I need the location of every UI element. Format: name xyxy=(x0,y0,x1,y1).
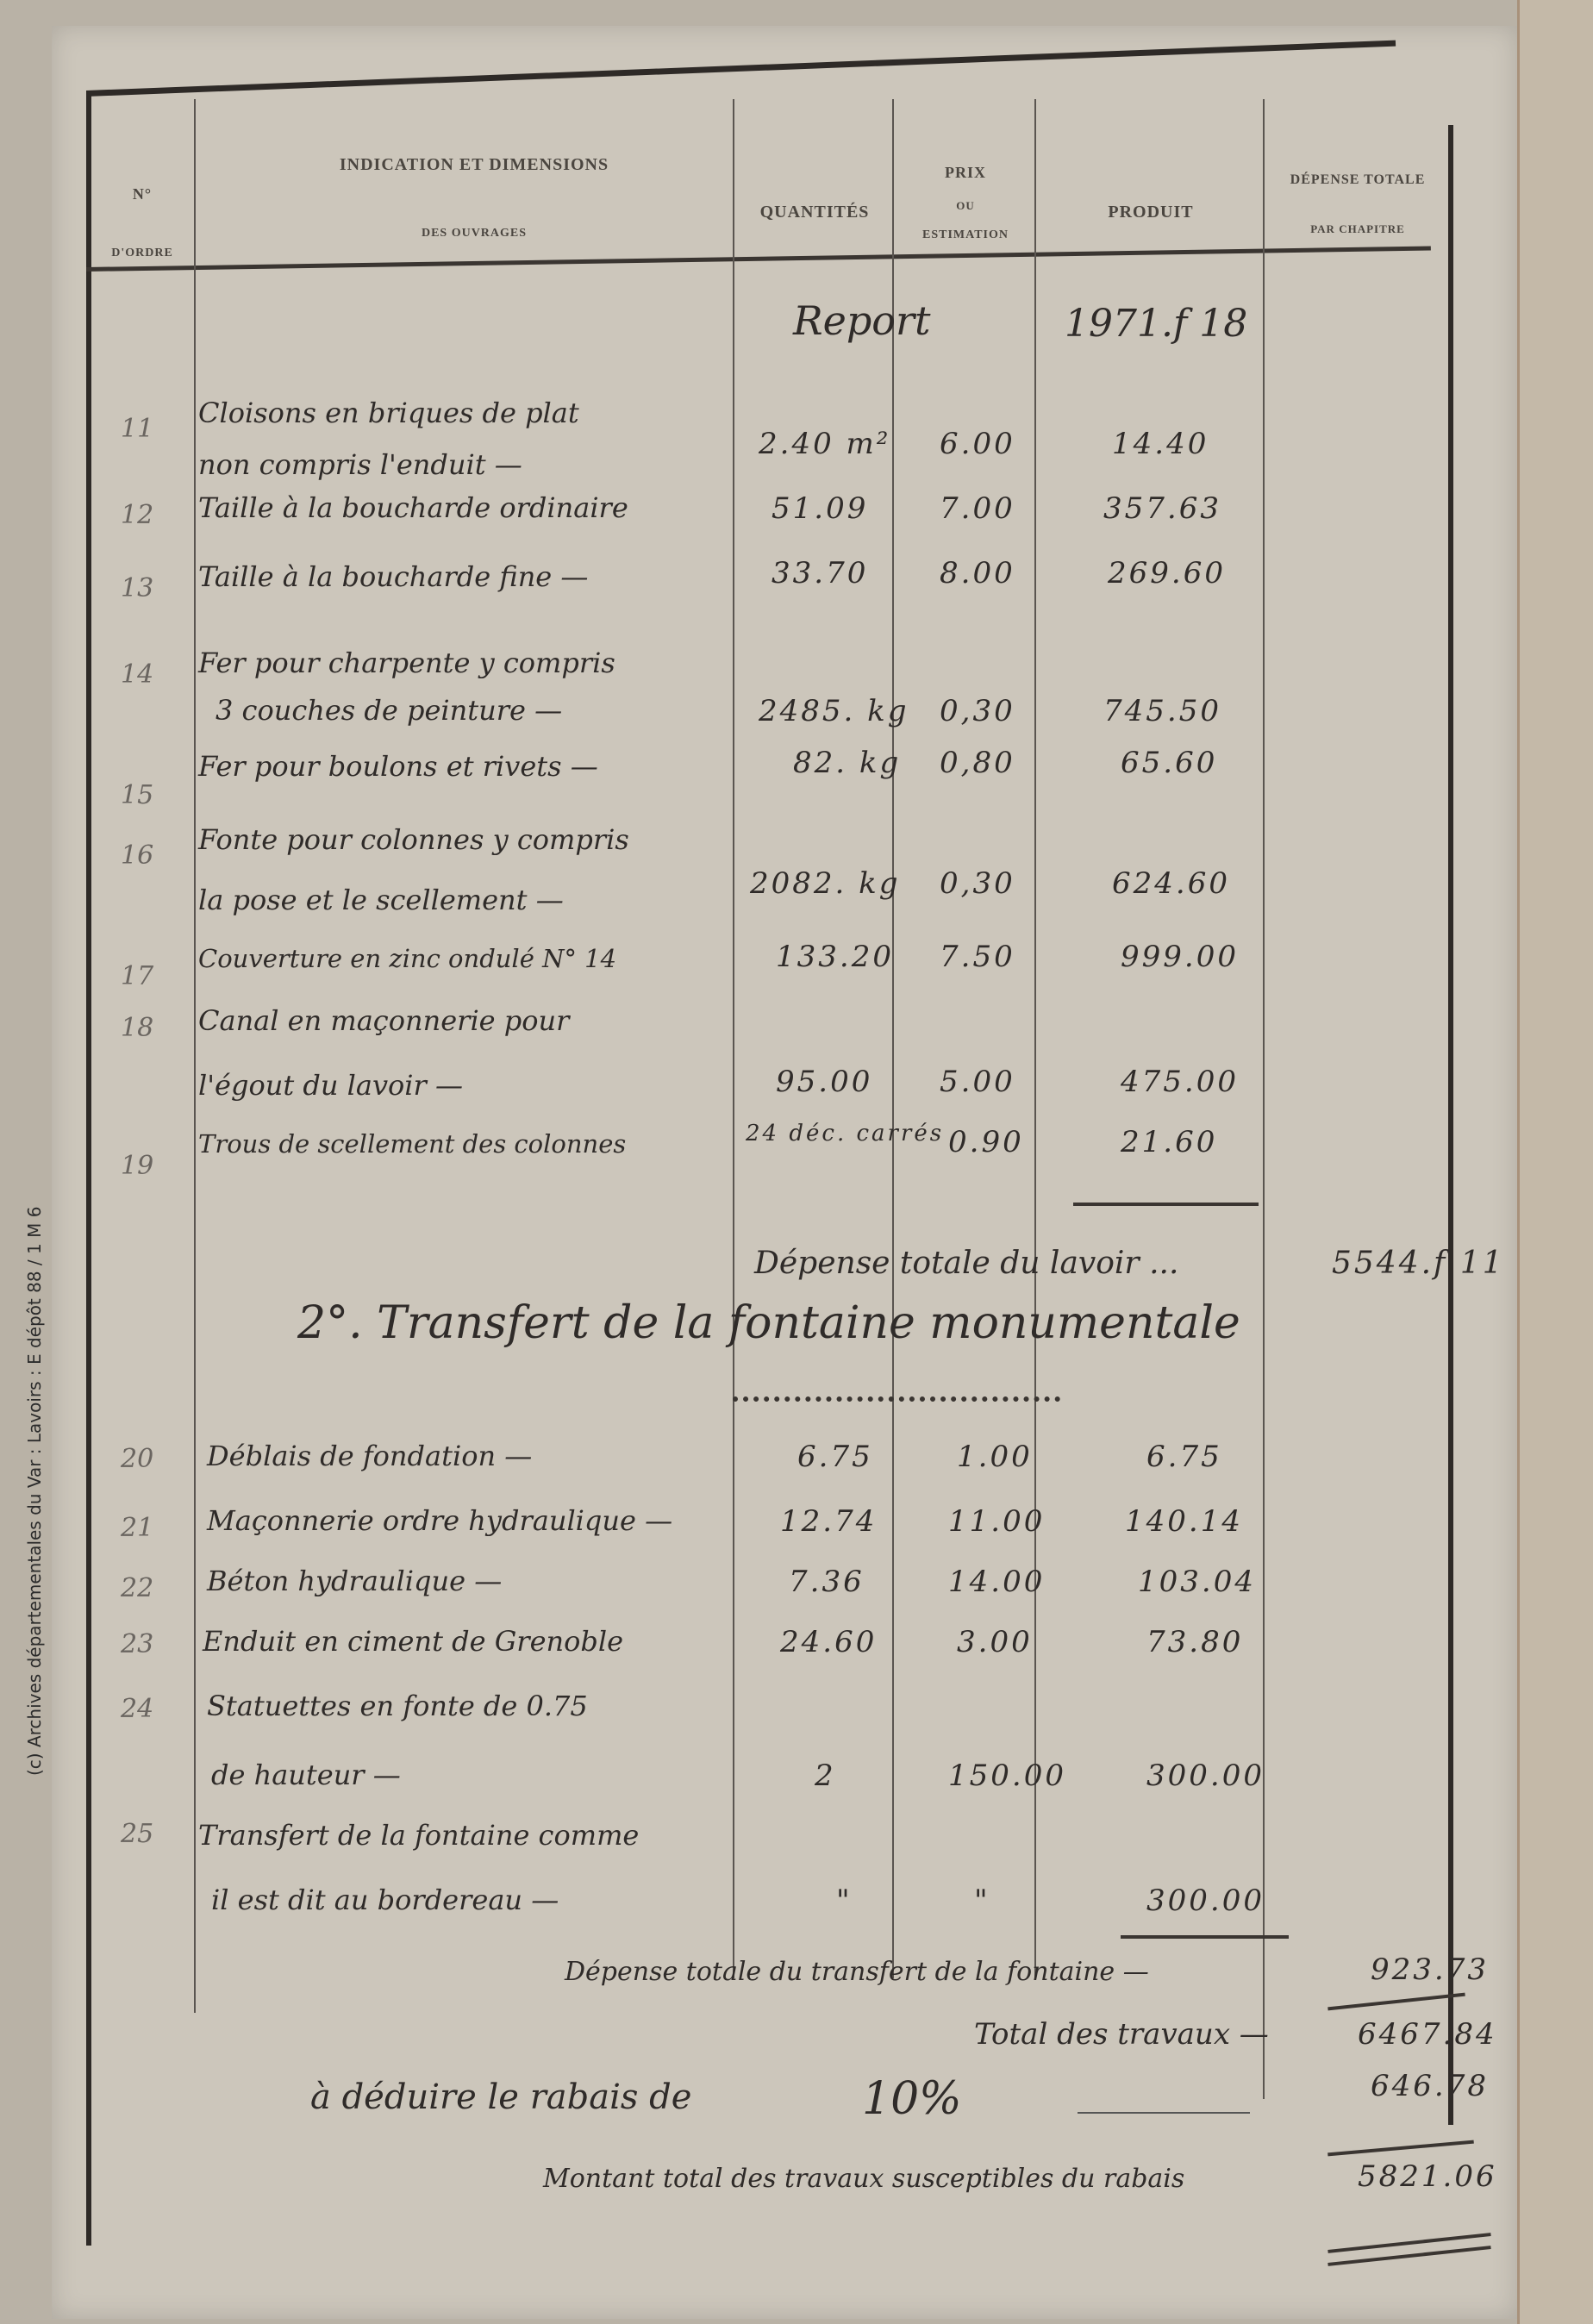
subtotal-rule xyxy=(1121,1935,1289,1939)
row-description: Couverture en zinc ondulé N° 14 xyxy=(198,944,616,973)
row-number: 21 xyxy=(121,1513,153,1543)
row-price: 0.90 xyxy=(948,1125,1024,1159)
row-product: 21.60 xyxy=(1121,1125,1217,1159)
row-price: 11.00 xyxy=(948,1504,1045,1539)
column-divider xyxy=(194,99,196,2013)
row-product: 475.00 xyxy=(1121,1065,1239,1099)
row-product: 357.63 xyxy=(1103,491,1221,526)
row-quantity: 6.75 xyxy=(797,1440,873,1474)
row-price: " xyxy=(974,1884,990,1918)
row-product: 624.60 xyxy=(1112,866,1230,901)
row-description: Taille à la boucharde ordinaire xyxy=(198,491,628,524)
header-prix-line: OU xyxy=(896,199,1034,213)
row-price: 7.00 xyxy=(940,491,1015,526)
section2-total-value: 923.73 xyxy=(1371,1952,1489,1987)
section1-total-label: Dépense totale du lavoir ... xyxy=(754,1246,1178,1281)
header-depense-line: PAR CHAPITRE xyxy=(1267,222,1448,236)
section2-total-label: Dépense totale du transfert de la fontai… xyxy=(565,1957,1149,1987)
row-number: 24 xyxy=(121,1694,153,1724)
row-product: 65.60 xyxy=(1121,746,1217,780)
header-order: N° D'ORDRE xyxy=(95,185,190,260)
row-price: 7.50 xyxy=(940,940,1015,974)
row-description: Fer pour boulons et rivets — xyxy=(198,750,598,783)
rabais-rule xyxy=(1078,2112,1250,2114)
header-quantites: QUANTITÉS xyxy=(741,203,888,222)
row-description: Taille à la boucharde fine — xyxy=(198,560,588,593)
row-quantity: 24.60 xyxy=(780,1625,877,1659)
montant-total-label: Montant total des travaux susceptibles d… xyxy=(543,2164,1184,2194)
row-number: 19 xyxy=(121,1151,153,1181)
row-price: 8.00 xyxy=(940,556,1015,590)
row-product: 300.00 xyxy=(1146,1884,1265,1918)
row-price: 0,80 xyxy=(940,746,1015,780)
row-description: Transfert de la fontaine comme xyxy=(198,1819,639,1852)
row-number: 16 xyxy=(121,840,153,871)
row-description: Enduit en ciment de Grenoble xyxy=(203,1625,623,1658)
row-product: 73.80 xyxy=(1146,1625,1243,1659)
table-left-border xyxy=(86,91,91,2246)
table-right-border xyxy=(1448,125,1453,2125)
row-quantity: 95.00 xyxy=(776,1065,872,1099)
header-prix: PRIX OU ESTIMATION xyxy=(896,164,1034,242)
report-value: 1971.f 18 xyxy=(1065,302,1247,346)
row-number: 18 xyxy=(121,1013,153,1043)
row-product: 140.14 xyxy=(1125,1504,1243,1539)
row-quantity: 133.20 xyxy=(776,940,894,974)
row-number: 22 xyxy=(121,1573,153,1603)
row-quantity: 51.09 xyxy=(772,491,868,526)
section-separator xyxy=(733,1396,1060,1402)
row-price: 0,30 xyxy=(940,866,1015,901)
row-description: Maçonnerie ordre hydraulique — xyxy=(207,1504,672,1537)
row-price: 14.00 xyxy=(948,1565,1045,1599)
header-order-line: N° xyxy=(95,185,190,203)
header-indication-line: DES OUVRAGES xyxy=(241,227,707,241)
total-travaux-label: Total des travaux — xyxy=(974,2017,1269,2052)
row-quantity: 2485. kg xyxy=(759,694,909,728)
row-number: 11 xyxy=(121,414,153,444)
row-product: 14.40 xyxy=(1112,427,1209,461)
row-price: 6.00 xyxy=(940,427,1015,461)
row-number: 13 xyxy=(121,573,153,603)
row-product: 103.04 xyxy=(1138,1565,1256,1599)
row-number: 25 xyxy=(121,1819,153,1849)
row-product: 6.75 xyxy=(1146,1440,1222,1474)
row-quantity: 82. kg xyxy=(793,746,901,780)
row-price: 1.00 xyxy=(957,1440,1033,1474)
row-description: Fer pour charpente y compris xyxy=(198,647,615,679)
row-description: Canal en maçonnerie pour xyxy=(198,1004,569,1037)
row-quantity: 2082. kg xyxy=(750,866,901,901)
row-description: Béton hydraulique — xyxy=(207,1565,502,1597)
archive-watermark: (c) Archives départementales du Var : La… xyxy=(24,1190,55,1793)
header-prix-line: ESTIMATION xyxy=(896,228,1034,242)
row-description: Trous de scellement des colonnes xyxy=(198,1129,626,1159)
column-divider xyxy=(733,99,734,1978)
row-quantity: 7.36 xyxy=(789,1565,865,1599)
row-quantity: 33.70 xyxy=(772,556,868,590)
row-product: 300.00 xyxy=(1146,1759,1265,1793)
column-divider xyxy=(1263,99,1265,2099)
row-price: 5.00 xyxy=(940,1065,1015,1099)
column-divider xyxy=(892,99,894,1978)
row-number: 12 xyxy=(121,500,153,530)
row-number: 14 xyxy=(121,659,153,690)
row-description: Cloisons en briques de plat xyxy=(198,397,579,429)
row-description: Fonte pour colonnes y compris xyxy=(198,823,629,856)
header-indication: INDICATION ET DIMENSIONS DES OUVRAGES xyxy=(241,155,707,241)
row-description: Statuettes en fonte de 0.75 xyxy=(207,1690,588,1722)
row-number: 20 xyxy=(121,1444,153,1474)
section1-total-value: 5544.f 11 xyxy=(1332,1246,1505,1281)
header-depense: DÉPENSE TOTALE PAR CHAPITRE xyxy=(1267,172,1448,236)
row-quantity: 2 xyxy=(815,1759,836,1793)
row-number: 23 xyxy=(121,1629,153,1659)
row-price: 3.00 xyxy=(957,1625,1033,1659)
row-description: non compris l'enduit — xyxy=(198,448,522,481)
header-depense-line: DÉPENSE TOTALE xyxy=(1267,172,1448,188)
row-description: Déblais de fondation — xyxy=(207,1440,532,1472)
row-price: 150.00 xyxy=(948,1759,1066,1793)
row-quantity: 2.40 m² xyxy=(759,427,890,461)
row-quantity: 24 déc. carrés xyxy=(746,1121,944,1146)
row-quantity: " xyxy=(836,1884,853,1918)
header-indication-line: INDICATION ET DIMENSIONS xyxy=(241,155,707,175)
subtotal-rule xyxy=(1073,1203,1259,1206)
report-label: Report xyxy=(793,297,930,344)
rabais-value: 646.78 xyxy=(1371,2069,1489,2103)
row-description: la pose et le scellement — xyxy=(198,884,564,916)
row-product: 745.50 xyxy=(1103,694,1221,728)
row-product: 269.60 xyxy=(1108,556,1226,590)
row-description: de hauteur — xyxy=(211,1759,401,1791)
header-order-line: D'ORDRE xyxy=(95,247,190,260)
row-description: 3 couches de peinture — xyxy=(216,694,562,727)
montant-total-value: 5821.06 xyxy=(1358,2159,1497,2194)
row-description: il est dit au bordereau — xyxy=(211,1884,559,1916)
total-travaux-value: 6467.84 xyxy=(1358,2017,1497,2052)
row-number: 17 xyxy=(121,961,153,991)
section2-title: 2°. Transfert de la fontaine monumentale xyxy=(297,1297,1240,1349)
rabais-label: à déduire le rabais de xyxy=(310,2077,691,2117)
header-bottom-rule xyxy=(86,246,1431,272)
row-description: l'égout du lavoir — xyxy=(198,1069,463,1102)
row-product: 999.00 xyxy=(1121,940,1239,974)
row-price: 0,30 xyxy=(940,694,1015,728)
header-produit: PRODUIT xyxy=(1039,203,1263,222)
adjacent-page-edge xyxy=(1517,0,1593,2324)
rabais-percent: 10% xyxy=(862,2073,962,2125)
header-prix-line: PRIX xyxy=(896,164,1034,182)
row-number: 15 xyxy=(121,780,153,810)
row-quantity: 12.74 xyxy=(780,1504,877,1539)
column-divider xyxy=(1034,99,1036,1978)
